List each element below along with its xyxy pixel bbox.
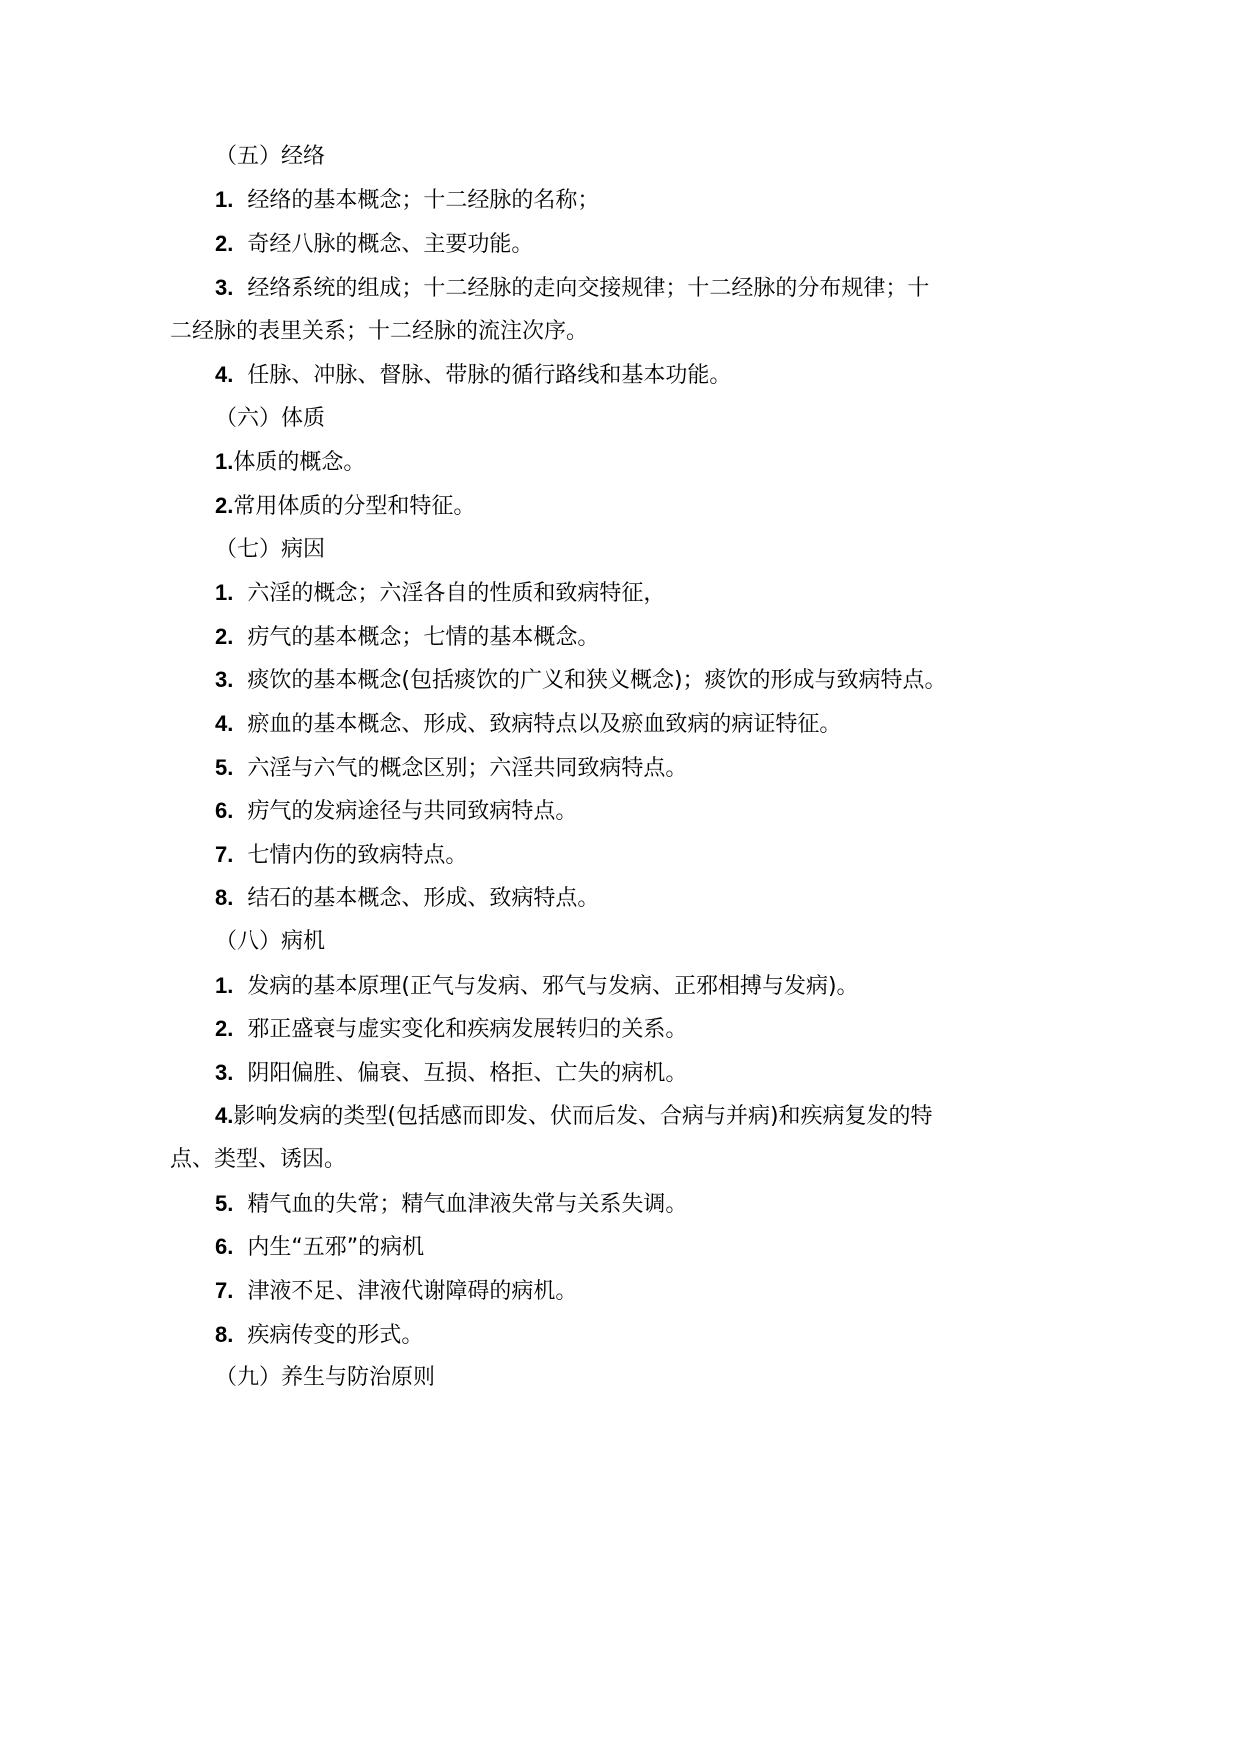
line-text: （九）养生与防治原则 (215, 1365, 435, 1390)
item-number: 3. (215, 667, 233, 692)
item-number: 2. (215, 1016, 233, 1041)
line-text: （八）病机 (215, 929, 325, 954)
list-item: 2. 疠气的基本概念；七情的基本概念。 (215, 622, 599, 653)
item-number: 2. (215, 624, 233, 649)
item-number: 4. (215, 362, 233, 387)
line-text: （六）体质 (215, 406, 325, 431)
item-number: 1. (215, 973, 233, 998)
list-item: 1.体质的概念。 (215, 447, 365, 478)
list-item: 2. 奇经八脉的概念、主要功能。 (215, 229, 533, 260)
list-item: 4. 任脉、冲脉、督脉、带脉的循行路线和基本功能。 (215, 360, 731, 391)
line-text: 疾病传变的形式。 (247, 1323, 423, 1348)
line-text: 六淫与六气的概念区别；六淫共同致病特点。 (247, 756, 687, 781)
continuation-line: 二经脉的表里关系；十二经脉的流注次序。 (170, 317, 588, 347)
line-text: 体质的概念。 (233, 450, 365, 475)
line-text: 疠气的发病途径与共同致病特点。 (247, 799, 577, 824)
list-item: 4.影响发病的类型(包括感而即发、伏而后发、合病与并病)和疾病复发的特 (215, 1101, 933, 1132)
line-text: 痰饮的基本概念(包括痰饮的广义和狭义概念)；痰饮的形成与致病特点。 (247, 668, 946, 693)
section-heading: （九）养生与防治原则 (215, 1363, 435, 1393)
list-item: 4. 瘀血的基本概念、形成、致病特点以及瘀血致病的病证特征。 (215, 709, 841, 740)
item-number: 1. (215, 449, 233, 474)
line-text: 任脉、冲脉、督脉、带脉的循行路线和基本功能。 (247, 363, 731, 388)
item-number: 7. (215, 1278, 233, 1303)
line-text: 奇经八脉的概念、主要功能。 (247, 232, 533, 257)
line-text: 阴阳偏胜、偏衰、互损、格拒、亡失的病机。 (247, 1061, 687, 1086)
list-item: 3. 经络系统的组成；十二经脉的走向交接规律；十二经脉的分布规律；十 (215, 273, 929, 304)
line-text: 常用体质的分型和特征。 (233, 494, 475, 519)
line-text: 疠气的基本概念；七情的基本概念。 (247, 625, 599, 650)
section-heading: （五）经络 (215, 142, 325, 172)
list-item: 1. 经络的基本概念；十二经脉的名称； (215, 185, 599, 216)
item-number: 4. (215, 1103, 233, 1128)
list-item: 8. 疾病传变的形式。 (215, 1320, 423, 1351)
list-item: 5. 六淫与六气的概念区别；六淫共同致病特点。 (215, 753, 687, 784)
list-item: 3. 痰饮的基本概念(包括痰饮的广义和狭义概念)；痰饮的形成与致病特点。 (215, 665, 947, 696)
item-number: 2. (215, 231, 233, 256)
list-item: 6. 疠气的发病途径与共同致病特点。 (215, 796, 577, 827)
line-text: 精气血的失常；精气血津液失常与关系失调。 (247, 1192, 687, 1217)
item-number: 5. (215, 755, 233, 780)
line-text: 经络的基本概念；十二经脉的名称； (247, 188, 599, 213)
line-text: 七情内伤的致病特点。 (247, 843, 467, 868)
list-item: 5. 精气血的失常；精气血津液失常与关系失调。 (215, 1189, 687, 1220)
line-text: 六淫的概念；六淫各自的性质和致病特征， (247, 581, 665, 606)
item-number: 6. (215, 798, 233, 823)
item-number: 3. (215, 1060, 233, 1085)
item-number: 3. (215, 275, 233, 300)
section-heading: （七）病因 (215, 535, 325, 565)
line-text: 瘀血的基本概念、形成、致病特点以及瘀血致病的病证特征。 (247, 712, 841, 737)
item-number: 8. (215, 885, 233, 910)
line-text: 点、类型、诱因。 (170, 1147, 346, 1172)
line-text: 二经脉的表里关系；十二经脉的流注次序。 (170, 319, 588, 344)
line-text: 影响发病的类型(包括感而即发、伏而后发、合病与并病)和疾病复发的特 (233, 1104, 932, 1129)
list-item: 2. 邪正盛衰与虚实变化和疾病发展转归的关系。 (215, 1014, 687, 1045)
list-item: 1. 发病的基本原理(正气与发病、邪气与发病、正邪相搏与发病)。 (215, 971, 859, 1002)
item-number: 1. (215, 580, 233, 605)
item-number: 8. (215, 1322, 233, 1347)
line-text: （五）经络 (215, 144, 325, 169)
list-item: 2.常用体质的分型和特征。 (215, 491, 475, 522)
item-number: 6. (215, 1234, 233, 1259)
list-item: 7. 津液不足、津液代谢障碍的病机。 (215, 1276, 577, 1307)
item-number: 1. (215, 187, 233, 212)
list-item: 3. 阴阳偏胜、偏衰、互损、格拒、亡失的病机。 (215, 1058, 687, 1089)
line-text: 邪正盛衰与虚实变化和疾病发展转归的关系。 (247, 1017, 687, 1042)
line-text: （七）病因 (215, 537, 325, 562)
list-item: 1. 六淫的概念；六淫各自的性质和致病特征， (215, 578, 665, 609)
section-heading: （六）体质 (215, 404, 325, 434)
item-number: 4. (215, 711, 233, 736)
line-text: 发病的基本原理(正气与发病、邪气与发病、正邪相搏与发病)。 (247, 974, 858, 999)
item-number: 7. (215, 842, 233, 867)
item-number: 5. (215, 1191, 233, 1216)
line-text: 津液不足、津液代谢障碍的病机。 (247, 1279, 577, 1304)
list-item: 7. 七情内伤的致病特点。 (215, 840, 467, 871)
section-heading: （八）病机 (215, 927, 325, 957)
list-item: 8. 结石的基本概念、形成、致病特点。 (215, 883, 599, 914)
list-item: 6. 内生“五邪”的病机 (215, 1232, 424, 1263)
line-text: 经络系统的组成；十二经脉的走向交接规律；十二经脉的分布规律；十 (247, 276, 929, 301)
line-text: 结石的基本概念、形成、致病特点。 (247, 886, 599, 911)
item-number: 2. (215, 493, 233, 518)
continuation-line: 点、类型、诱因。 (170, 1145, 346, 1175)
line-text: 内生“五邪”的病机 (247, 1235, 424, 1260)
